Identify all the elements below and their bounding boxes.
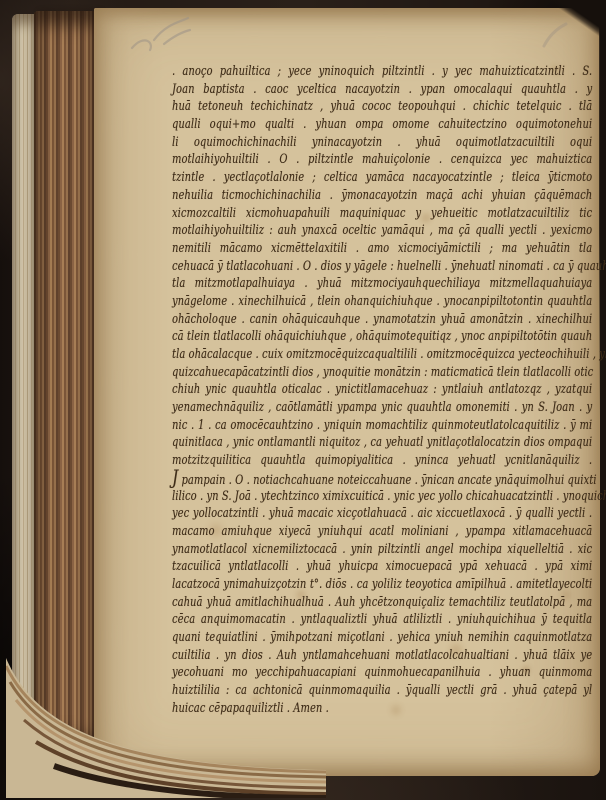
manuscript-line: chiuh ynic quauhtla oticalac . ynictitla… (172, 380, 592, 398)
manuscript-line: huicac cēpapaquiliztli . Amen . (172, 699, 592, 717)
manuscript-line: motlaihiyohuiltiliz : auh ynaxcā oceltic… (172, 221, 592, 239)
manuscript-line: qualli oqui+mo qualti . yhuan ompa omome… (172, 115, 592, 133)
manuscript-line: cahuā yhuā amitlachihualhuā . Auh yhcētz… (172, 593, 592, 611)
manuscript-line: huā tetoneuh techichinatz , yhuā cococ t… (172, 97, 592, 115)
manuscript-line: ohācholoque . canin ohāquicauhque . ynam… (172, 310, 592, 328)
manuscript-text-block: . anoço pahuiltica ; yece yninoquich pil… (172, 62, 602, 716)
pencil-mark-icon (124, 14, 194, 64)
foxing-spots (94, 8, 98, 12)
manuscript-line: motlaihiyohuiltili . O . piltzintle mahu… (172, 150, 592, 168)
manuscript-line: quani tequiatlini . ȳmihpotzani miçotlan… (172, 628, 592, 646)
manuscript-line: lacatzocā ynimahuizçotzin t°. diōs . ca … (172, 575, 592, 593)
manuscript-line: quizcahuecapācatzintli dios , ynoquitie … (172, 363, 592, 381)
manuscript-line: ynamotlatlacol xicnemiliztocacā . ynin p… (172, 540, 592, 558)
manuscript-line: cā tlein tlatlacolli ohāquichiuhque , oh… (172, 327, 592, 345)
manuscript-line: tla ohācalacque . cuix omitzmocēquizcaqu… (172, 345, 592, 363)
manuscript-line: J pampain . O . notiachcahuane noteiccah… (172, 469, 592, 487)
manuscript-line: yec yollocatzintli . yhuā macaic xicçotl… (172, 504, 592, 522)
manuscript-line: tzintle . yectlaçotlalonie ; celtica yam… (172, 168, 592, 186)
manuscript-line: quinitlaca , ynic ontlamantli niquitoz ,… (172, 433, 592, 451)
manuscript-line: huiztililia : ca achtonicā quinmomaquili… (172, 681, 592, 699)
manuscript-line: lilico . yn S. Joā . ytechtzinco ximixcu… (172, 487, 592, 505)
shadow-top-right-corner (542, 0, 606, 70)
manuscript-line: yecohuani mo yecchipahuacapiani quinmohu… (172, 663, 592, 681)
manuscript-line: macamo amiuhque xiyecā yniuhqui acatl mo… (172, 522, 592, 540)
manuscript-line: yenamechnāquiliz , caōtlamātli ypampa yn… (172, 398, 592, 416)
manuscript-line: motzitzquilitica quauhtla quimopiyalitic… (172, 451, 592, 469)
manuscript-line: Joan baptista . caoc yceltica nacayotzin… (172, 80, 592, 98)
photograph-of-open-book: . anoço pahuiltica ; yece yninoquich pil… (0, 0, 606, 800)
manuscript-line: . anoço pahuiltica ; yece yninoquich pil… (172, 62, 592, 80)
manuscript-line: tla mitzmotlapalhuiaya . yhuā mitzmociya… (172, 274, 592, 292)
manuscript-line: nehuilia ticmochichinachilia . ȳmonacayo… (172, 186, 592, 204)
manuscript-line: ynāgelome . xinechilhuicā , tlein ohanqu… (172, 292, 592, 310)
manuscript-line: li oquimochichinachili yninacayotzin . y… (172, 133, 592, 151)
manuscript-line: xicmozcaltili xicmohuapahuili maquiniqua… (172, 204, 592, 222)
manuscript-line: cehuacā ȳ tlatlacohuani . O . dios y yāg… (172, 257, 592, 275)
manuscript-line: nic . 1 . ca omocēcauhtzino . yniquin mo… (172, 416, 592, 434)
manuscript-line: cuiltilia . yn dios . Auh yntlamahcehuan… (172, 646, 592, 664)
manuscript-line: nemitili mācamo xicmēttelaxitili . amo x… (172, 239, 592, 257)
manuscript-line: cēca anquimomacatin . yntlaqualiztli yhu… (172, 610, 592, 628)
manuscript-line: tzacuilicā yntlatlacolli . yhuā yhuicpa … (172, 557, 592, 575)
book-fore-edge-page-stack (34, 11, 98, 755)
